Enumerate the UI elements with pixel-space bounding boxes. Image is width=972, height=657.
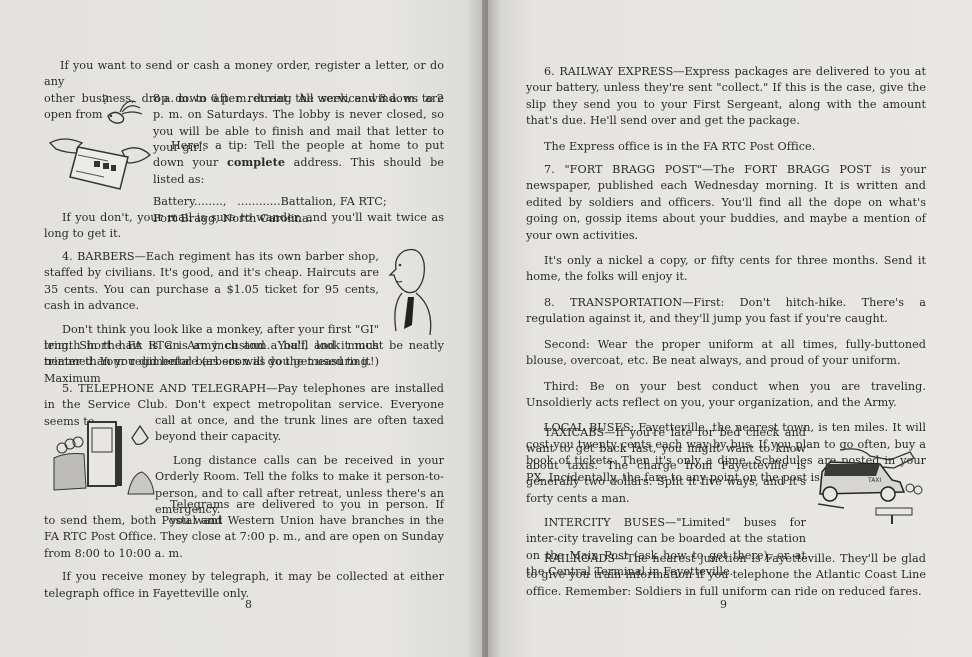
newspaper-section: 7. "FORT BRAGG POST"—The FORT BRAGG POST…: [526, 162, 926, 244]
winged-letter-illustration: [48, 133, 152, 191]
book-gutter: [482, 0, 488, 657]
railroads-section: RAILROADS—The nearest junction is Fayett…: [526, 551, 926, 600]
bird-question-illustration: ?: [100, 92, 144, 128]
barbers-section-cont: length in the FA RTC is an inch and a ha…: [44, 338, 444, 371]
railway-express-section: 6. RAILWAY EXPRESS—Express packages are …: [526, 64, 926, 486]
crowded-taxi-icon: TAXI: [810, 446, 928, 524]
taxi-illustration: TAXI: [810, 446, 928, 524]
transportation-section: 8. TRANSPORTATION—First: Don't hitch-hik…: [526, 295, 926, 328]
telegrams-section: to send them, both Postal and Western Un…: [44, 513, 444, 602]
page-number-right: 9: [720, 598, 727, 611]
svg-text:TAXI: TAXI: [867, 477, 881, 484]
phone-booth-illustration: [48, 418, 156, 496]
bird-icon: ?: [100, 92, 144, 128]
mail-warning: If you don't, your mail is sure to wande…: [44, 210, 444, 243]
crowd-phone-booth-icon: [48, 418, 156, 496]
man-profile-icon: [386, 245, 436, 337]
svg-text:?: ?: [102, 93, 108, 107]
bald-man-illustration: [386, 245, 436, 337]
page-number-left: 8: [245, 598, 252, 611]
special-delivery-letter-icon: [48, 133, 152, 191]
